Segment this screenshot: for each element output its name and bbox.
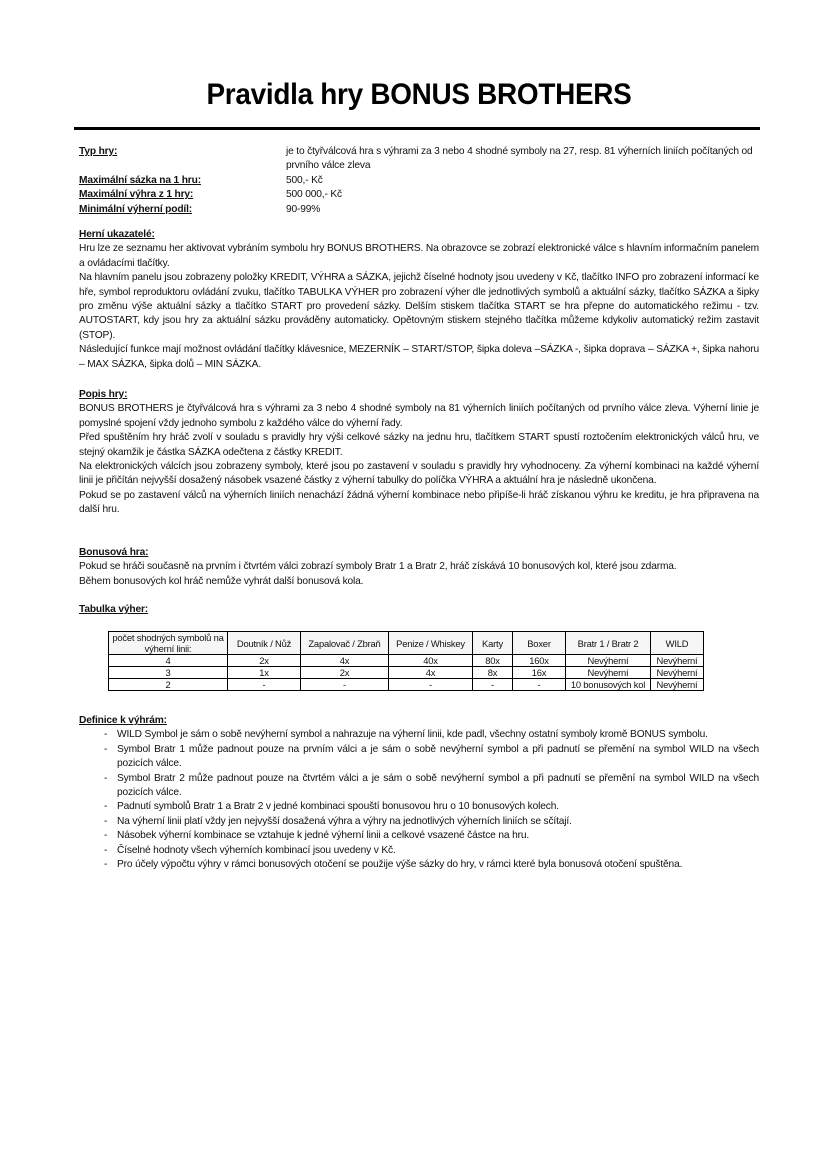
document-title: Pravidla hry BONUS BROTHERS: [103, 78, 735, 112]
table-cell: 40x: [389, 655, 473, 667]
info-row-max-bet: Maximální sázka na 1 hru: 500,- Kč: [79, 174, 759, 188]
list-item-text: Číselné hodnoty všech výherních kombinac…: [117, 845, 396, 856]
list-item-text: WILD Symbol je sám o sobě nevýherní symb…: [117, 729, 708, 740]
header-cell: Karty: [473, 632, 513, 655]
game-info: Typ hry: je to čtyřválcová hra s výhrami…: [79, 145, 759, 217]
table-cell: -: [513, 679, 566, 691]
table-cell: 4x: [389, 667, 473, 679]
table-cell: 4: [109, 655, 228, 667]
info-row-game-type: Typ hry: je to čtyřválcová hra s výhrami…: [79, 145, 759, 174]
section-game-indicators: Herní ukazatelé: Hru lze ze seznamu her …: [79, 228, 759, 372]
header-cell: WILD: [651, 632, 704, 655]
list-item-text: Na výherní linii platí vždy jen nejvyšší…: [117, 816, 572, 827]
paragraph: Na elektronických válcích jsou zobrazeny…: [79, 460, 759, 489]
table-row: 3 1x 2x 4x 8x 16x Nevýherní Nevýherní: [109, 667, 704, 679]
header-cell: Penize / Whiskey: [389, 632, 473, 655]
info-value: 500 000,- Kč: [286, 188, 759, 202]
section-heading: Herní ukazatelé:: [79, 228, 759, 242]
header-cell: Zapalovač / Zbraň: [301, 632, 389, 655]
bullet-dash: -: [104, 743, 107, 757]
list-item: -WILD Symbol je sám o sobě nevýherní sym…: [79, 728, 759, 742]
section-definitions: Definice k výhrám: -WILD Symbol je sám o…: [79, 714, 759, 872]
bullet-dash: -: [104, 815, 107, 829]
paragraph: Před spuštěním hry hráč zvolí v souladu …: [79, 431, 759, 460]
header-cell: Doutník / Nůž: [228, 632, 301, 655]
table-cell: -: [301, 679, 389, 691]
header-cell: Boxer: [513, 632, 566, 655]
table-cell: Nevýherní: [651, 667, 704, 679]
list-item: -Násobek výherní kombinace se vztahuje k…: [79, 829, 759, 843]
table-row: 4 2x 4x 40x 80x 160x Nevýherní Nevýherní: [109, 655, 704, 667]
title-divider: [74, 127, 760, 130]
info-label: Maximální výhra z 1 hry:: [79, 188, 286, 202]
table-cell: 4x: [301, 655, 389, 667]
bullet-dash: -: [104, 844, 107, 858]
list-item: -Číselné hodnoty všech výherních kombina…: [79, 844, 759, 858]
table-cell: 10 bonusových kol: [566, 679, 651, 691]
table-cell: -: [473, 679, 513, 691]
list-item-text: Symbol Bratr 2 může padnout pouze na čtv…: [117, 773, 759, 798]
section-bonus-game: Bonusová hra: Pokud se hráči současně na…: [79, 546, 759, 589]
paragraph: Pokud se hráči současně na prvním i čtvr…: [79, 560, 759, 574]
list-item-text: Symbol Bratr 1 může padnout pouze na prv…: [117, 744, 759, 769]
info-row-min-payout: Minimální výherní podíl: 90-99%: [79, 203, 759, 217]
section-paytable: Tabulka výher:: [79, 603, 759, 617]
paragraph: Na hlavním panelu jsou zobrazeny položky…: [79, 271, 759, 343]
list-item: -Symbol Bratr 1 může padnout pouze na pr…: [79, 743, 759, 772]
table-cell: Nevýherní: [651, 679, 704, 691]
info-row-max-win: Maximální výhra z 1 hry: 500 000,- Kč: [79, 188, 759, 202]
bullet-dash: -: [104, 800, 107, 814]
definitions-list: -WILD Symbol je sám o sobě nevýherní sym…: [79, 728, 759, 872]
header-cell: počet shodných symbolů na výherní linii:: [109, 632, 228, 655]
info-value: 500,- Kč: [286, 174, 759, 188]
section-heading: Definice k výhrám:: [79, 714, 759, 728]
table-cell: 160x: [513, 655, 566, 667]
header-cell: Bratr 1 / Bratr 2: [566, 632, 651, 655]
info-label: Typ hry:: [79, 145, 286, 174]
info-value: 90-99%: [286, 203, 759, 217]
paragraph: Následující funkce mají možnost ovládání…: [79, 343, 759, 372]
table-cell: 16x: [513, 667, 566, 679]
list-item: -Na výherní linii platí vždy jen nejvyšš…: [79, 815, 759, 829]
table-cell: 1x: [228, 667, 301, 679]
table-cell: 2x: [301, 667, 389, 679]
table-cell: Nevýherní: [566, 655, 651, 667]
section-game-description: Popis hry: BONUS BROTHERS je čtyřválcová…: [79, 388, 759, 518]
list-item-text: Násobek výherní kombinace se vztahuje k …: [117, 830, 529, 841]
table-cell: Nevýherní: [566, 667, 651, 679]
paragraph: Během bonusových kol hráč nemůže vyhrát …: [79, 575, 759, 589]
list-item: -Pro účely výpočtu výhry v rámci bonusov…: [79, 858, 759, 872]
bullet-dash: -: [104, 772, 107, 786]
bullet-dash: -: [104, 829, 107, 843]
paragraph: Hru lze ze seznamu her aktivovat vybrání…: [79, 242, 759, 271]
section-heading: Tabulka výher:: [79, 603, 759, 617]
table-row: 2 - - - - - 10 bonusových kol Nevýherní: [109, 679, 704, 691]
table-cell: -: [389, 679, 473, 691]
table-cell: Nevýherní: [651, 655, 704, 667]
section-heading: Popis hry:: [79, 388, 759, 402]
list-item-text: Padnutí symbolů Bratr 1 a Bratr 2 v jedn…: [117, 801, 559, 812]
table-cell: 3: [109, 667, 228, 679]
info-label: Maximální sázka na 1 hru:: [79, 174, 286, 188]
table-cell: 8x: [473, 667, 513, 679]
bullet-dash: -: [104, 728, 107, 742]
section-heading: Bonusová hra:: [79, 546, 759, 560]
paytable-header-row: počet shodných symbolů na výherní linii:…: [109, 632, 704, 655]
info-label: Minimální výherní podíl:: [79, 203, 286, 217]
table-cell: 2x: [228, 655, 301, 667]
list-item-text: Pro účely výpočtu výhry v rámci bonusový…: [117, 859, 682, 870]
table-cell: -: [228, 679, 301, 691]
paytable: počet shodných symbolů na výherní linii:…: [108, 631, 704, 691]
list-item: -Symbol Bratr 2 může padnout pouze na čt…: [79, 772, 759, 801]
info-value: je to čtyřválcová hra s výhrami za 3 neb…: [286, 145, 759, 174]
list-item: -Padnutí symbolů Bratr 1 a Bratr 2 v jed…: [79, 800, 759, 814]
paragraph: Pokud se po zastavení válců na výherních…: [79, 489, 759, 518]
table-cell: 2: [109, 679, 228, 691]
table-cell: 80x: [473, 655, 513, 667]
paragraph: BONUS BROTHERS je čtyřválcová hra s výhr…: [79, 402, 759, 431]
bullet-dash: -: [104, 858, 107, 872]
